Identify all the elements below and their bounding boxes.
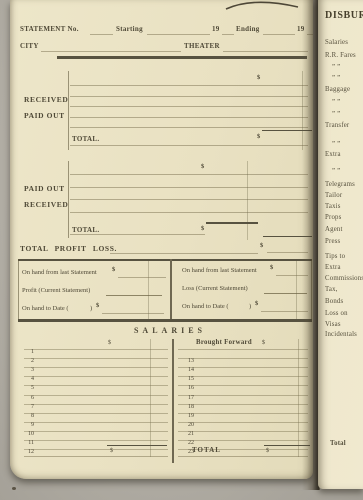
paper-speck xyxy=(12,487,16,490)
statement-form-page: STATEMENT No. Starting 19 Ending 19 CITY… xyxy=(10,0,313,479)
statement-no-label: STATEMENT No. xyxy=(20,26,79,33)
profit-blank-line xyxy=(106,295,162,296)
ruled-line xyxy=(70,187,308,188)
ruled-line xyxy=(70,234,205,235)
on-hand-to-date-label-right: On hand to Date ( xyxy=(182,304,229,311)
on-hand-last-dollar-sign: $ xyxy=(112,267,115,274)
ruled-line xyxy=(70,85,308,86)
section-b-cents-column-rule xyxy=(247,161,248,240)
salaries-total-label: TOTAL xyxy=(192,447,221,454)
ruled-line xyxy=(70,199,308,200)
ruled-line xyxy=(261,311,308,312)
disbursements-page: DISBURSEMENTS Salaries R.R. Fares ” ” ” … xyxy=(318,0,363,489)
city-label: CITY xyxy=(20,43,39,50)
disbursement-item: Baggage xyxy=(325,87,350,94)
ditto-mark: ” ” xyxy=(332,142,340,149)
section-a-total-dollar-sign: $ xyxy=(257,134,260,141)
starting-label: Starting xyxy=(116,26,143,33)
ruled-line xyxy=(24,456,168,457)
ruled-line xyxy=(70,127,308,128)
loss-current-statement-label: Loss (Current Statement) xyxy=(182,286,248,293)
ruled-line xyxy=(70,117,308,118)
disbursement-item: Props xyxy=(325,215,342,222)
ruled-line xyxy=(70,174,308,175)
ruled-line xyxy=(70,145,308,146)
disbursement-item: Loss on xyxy=(325,311,348,318)
brought-forward-dollar-sign: $ xyxy=(262,340,265,346)
ruled-line xyxy=(70,96,308,97)
ruled-line xyxy=(70,212,308,213)
balance-box-center-divider xyxy=(170,259,172,321)
section-a-total-label: TOTAL. xyxy=(72,136,99,143)
ditto-mark: ” ” xyxy=(332,100,340,107)
ruled-line xyxy=(118,277,166,278)
section-b-subtotal-rule xyxy=(206,222,258,224)
disbursement-item: Telegrams xyxy=(325,182,355,189)
disbursement-item: Bonds xyxy=(325,299,343,306)
ruled-line xyxy=(102,313,164,314)
disbursement-item: Tax, xyxy=(325,287,338,294)
balance-box-top-rule xyxy=(18,259,312,261)
salaries-left-total-rule xyxy=(107,445,167,447)
on-hand-last-statement-label: On hand from last Statement xyxy=(22,270,97,277)
on-hand-last-statement-label-right: On hand from last Statement xyxy=(182,268,257,275)
ending-label: Ending xyxy=(236,26,260,33)
ruled-line xyxy=(178,456,308,457)
section-b-total-dollar-sign: $ xyxy=(201,226,204,233)
theater-blank-line xyxy=(223,51,308,52)
starting-blank-line xyxy=(147,34,210,35)
disbursement-item: Extra xyxy=(325,265,341,272)
total-profit-loss-label: TOTAL PROFIT LOSS. xyxy=(20,245,117,253)
profit-current-statement-label: Profit (Current Statement) xyxy=(22,288,90,295)
statement-no-blank-line xyxy=(90,34,113,35)
disbursement-item: Agent xyxy=(325,227,343,234)
total-profit-loss-blank-line xyxy=(110,253,258,254)
disbursement-item: Taxis xyxy=(325,204,341,211)
salaries-center-divider xyxy=(172,339,174,463)
section-b-total-label: TOTAL. xyxy=(72,227,99,234)
disbursement-item: Visas xyxy=(325,322,341,329)
theater-label: THEATER xyxy=(184,43,220,50)
on-hand-last-dollar-sign-right: $ xyxy=(270,265,273,272)
disbursement-item: Tailor xyxy=(325,193,342,200)
on-hand-to-date-close-paren-right: ) xyxy=(249,304,251,311)
section-a-left-vertical-rule xyxy=(68,71,69,150)
header-divider-rule xyxy=(57,56,307,59)
section-b-dollar-sign: $ xyxy=(201,164,204,171)
disbursement-item: Press xyxy=(325,239,340,246)
on-hand-to-date-close-paren: ) xyxy=(90,306,92,313)
on-hand-to-date-dollar-sign: $ xyxy=(96,303,99,310)
section-a-paid-out-label: PAID OUT xyxy=(24,112,65,120)
ditto-mark: ” ” xyxy=(332,76,340,83)
brought-forward-label: Brought Forward xyxy=(196,340,252,347)
ditto-mark: ” ” xyxy=(332,169,340,176)
thread-mark xyxy=(222,0,302,12)
on-hand-to-date-label: On hand to Date ( xyxy=(22,306,69,313)
disbursement-item: Extra xyxy=(325,152,341,159)
salaries-left-total-dollar-sign: $ xyxy=(110,448,113,454)
section-a-dollar-sign: $ xyxy=(257,75,260,82)
disbursement-item: Salaries xyxy=(325,40,348,47)
disbursement-item: Transfer xyxy=(325,123,349,130)
starting-year-blank-line xyxy=(222,34,234,35)
salaries-title: SALARIES xyxy=(120,327,220,335)
section-a-received-label: RECEIVED xyxy=(24,96,68,104)
balance-box-left-border xyxy=(18,259,19,321)
salary-row: 16 xyxy=(178,376,308,386)
disbursement-item: Incidentals xyxy=(325,332,357,339)
city-blank-line xyxy=(41,51,181,52)
section-b-received-label: RECEIVED xyxy=(24,201,68,209)
on-hand-to-date-dollar-sign-right: $ xyxy=(255,301,258,308)
loss-blank-line xyxy=(264,293,307,294)
disbursements-title: DISBURSEMENTS xyxy=(325,11,363,21)
starting-year-label: 19 xyxy=(212,26,220,33)
ditto-mark: ” ” xyxy=(332,112,340,119)
ditto-mark: ” ” xyxy=(332,65,340,72)
disbursement-item: R.R. Fares xyxy=(325,53,356,60)
disbursement-item: Tips to xyxy=(325,254,345,261)
section-b-left-vertical-rule xyxy=(68,161,69,238)
salary-row: 5 xyxy=(24,376,168,386)
salaries-right-total-dollar-sign: $ xyxy=(266,448,269,454)
balance-box-bottom-rule xyxy=(18,319,312,322)
total-profit-loss-dollar-sign: $ xyxy=(260,243,263,250)
ending-blank-line xyxy=(263,34,295,35)
disbursements-total-label: Total xyxy=(330,441,346,448)
salaries-first-row-dollar-sign: $ xyxy=(108,340,111,346)
section-b-paid-out-label: PAID OUT xyxy=(24,185,65,193)
ruled-line xyxy=(70,106,308,107)
disbursement-item: Commissions xyxy=(325,276,363,283)
balance-box-left-cents-rule xyxy=(148,261,149,319)
